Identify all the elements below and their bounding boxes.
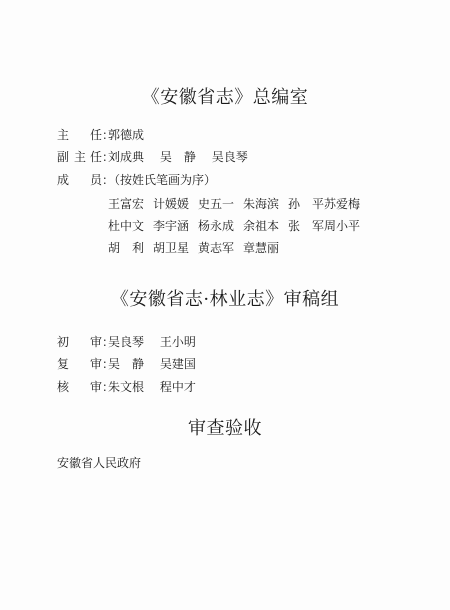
label-char: 核 [57, 379, 69, 395]
label-char: 初 [57, 334, 69, 350]
person-name: 刘成典 [108, 149, 144, 165]
label-char: 主 [57, 127, 69, 143]
second-review-label: 复 审 ： [57, 356, 107, 372]
director-names: 郭德成 [108, 127, 156, 143]
member-name: 王富宏 [108, 196, 153, 212]
member-name: 张 军 [288, 218, 324, 234]
label-char: 任 [90, 127, 102, 143]
first-review-label: 初 审 ： [57, 334, 107, 350]
members-grid: 王富宏计媛媛史五一朱海滨孙 平苏爱梅 杜中文李宇涵杨永成余祖本张 军周小平 胡 … [108, 196, 408, 262]
director-label: 主 任 ： [57, 127, 107, 143]
acceptance-title: 审查验收 [0, 418, 450, 440]
person-name: 吴 静 [108, 356, 144, 372]
person-name: 郭德成 [108, 127, 144, 143]
member-name: 计媛媛 [153, 196, 198, 212]
members-note: （按姓氏笔画为序） [108, 172, 228, 188]
editorial-office-title: 《安徽省志》总编室 [0, 87, 450, 109]
person-name: 吴良琴 [212, 149, 248, 165]
member-name: 杜中文 [108, 218, 153, 234]
person-name: 吴 静 [160, 149, 196, 165]
member-name: 杨永成 [198, 218, 243, 234]
member-name: 黄志军 [198, 240, 243, 256]
document-page: 《安徽省志》总编室 主 任 ： 郭德成 副 主 任 ： 刘成典 吴 静 吴良琴 … [0, 0, 450, 610]
label-char: 审 [90, 356, 102, 372]
person-name: 吴建国 [160, 356, 196, 372]
person-name: 程中才 [160, 379, 196, 395]
ordering-note: （按姓氏笔画为序） [108, 172, 216, 188]
member-name: 周小平 [324, 218, 369, 234]
final-review-label: 核 审 ： [57, 379, 107, 395]
person-name: 朱文根 [108, 379, 144, 395]
label-char: 成 [57, 172, 69, 188]
member-name: 朱海滨 [243, 196, 288, 212]
member-name: 孙 平 [288, 196, 324, 212]
label-char: 审 [90, 334, 102, 350]
person-name: 王小明 [160, 334, 196, 350]
acceptance-organization: 安徽省人民政府 [57, 455, 141, 471]
review-group-title: 《安徽省志·林业志》审稿组 [0, 289, 450, 311]
label-char: 员 [90, 172, 102, 188]
label-char: 审 [90, 379, 102, 395]
label-char: 副 [57, 149, 69, 165]
final-review-names: 朱文根 程中才 [108, 379, 208, 395]
member-name: 胡卫星 [153, 240, 198, 256]
person-name: 吴良琴 [108, 334, 144, 350]
label-char: 主 [74, 149, 86, 165]
member-name: 余祖本 [243, 218, 288, 234]
second-review-names: 吴 静 吴建国 [108, 356, 208, 372]
members-row-3: 胡 利胡卫星黄志军章慧丽 [108, 240, 408, 262]
member-name: 李宇涵 [153, 218, 198, 234]
label-char: 复 [57, 356, 69, 372]
members-row-1: 王富宏计媛媛史五一朱海滨孙 平苏爱梅 [108, 196, 408, 218]
deputy-director-label: 副 主 任 ： [57, 149, 107, 165]
member-name: 胡 利 [108, 240, 153, 256]
member-name: 史五一 [198, 196, 243, 212]
member-name: 苏爱梅 [324, 196, 369, 212]
label-char: 任 [90, 149, 102, 165]
deputy-director-names: 刘成典 吴 静 吴良琴 [108, 149, 260, 165]
member-name: 章慧丽 [243, 240, 288, 256]
members-label: 成 员 ： [57, 172, 107, 188]
members-row-2: 杜中文李宇涵杨永成余祖本张 军周小平 [108, 218, 408, 240]
first-review-names: 吴良琴 王小明 [108, 334, 208, 350]
